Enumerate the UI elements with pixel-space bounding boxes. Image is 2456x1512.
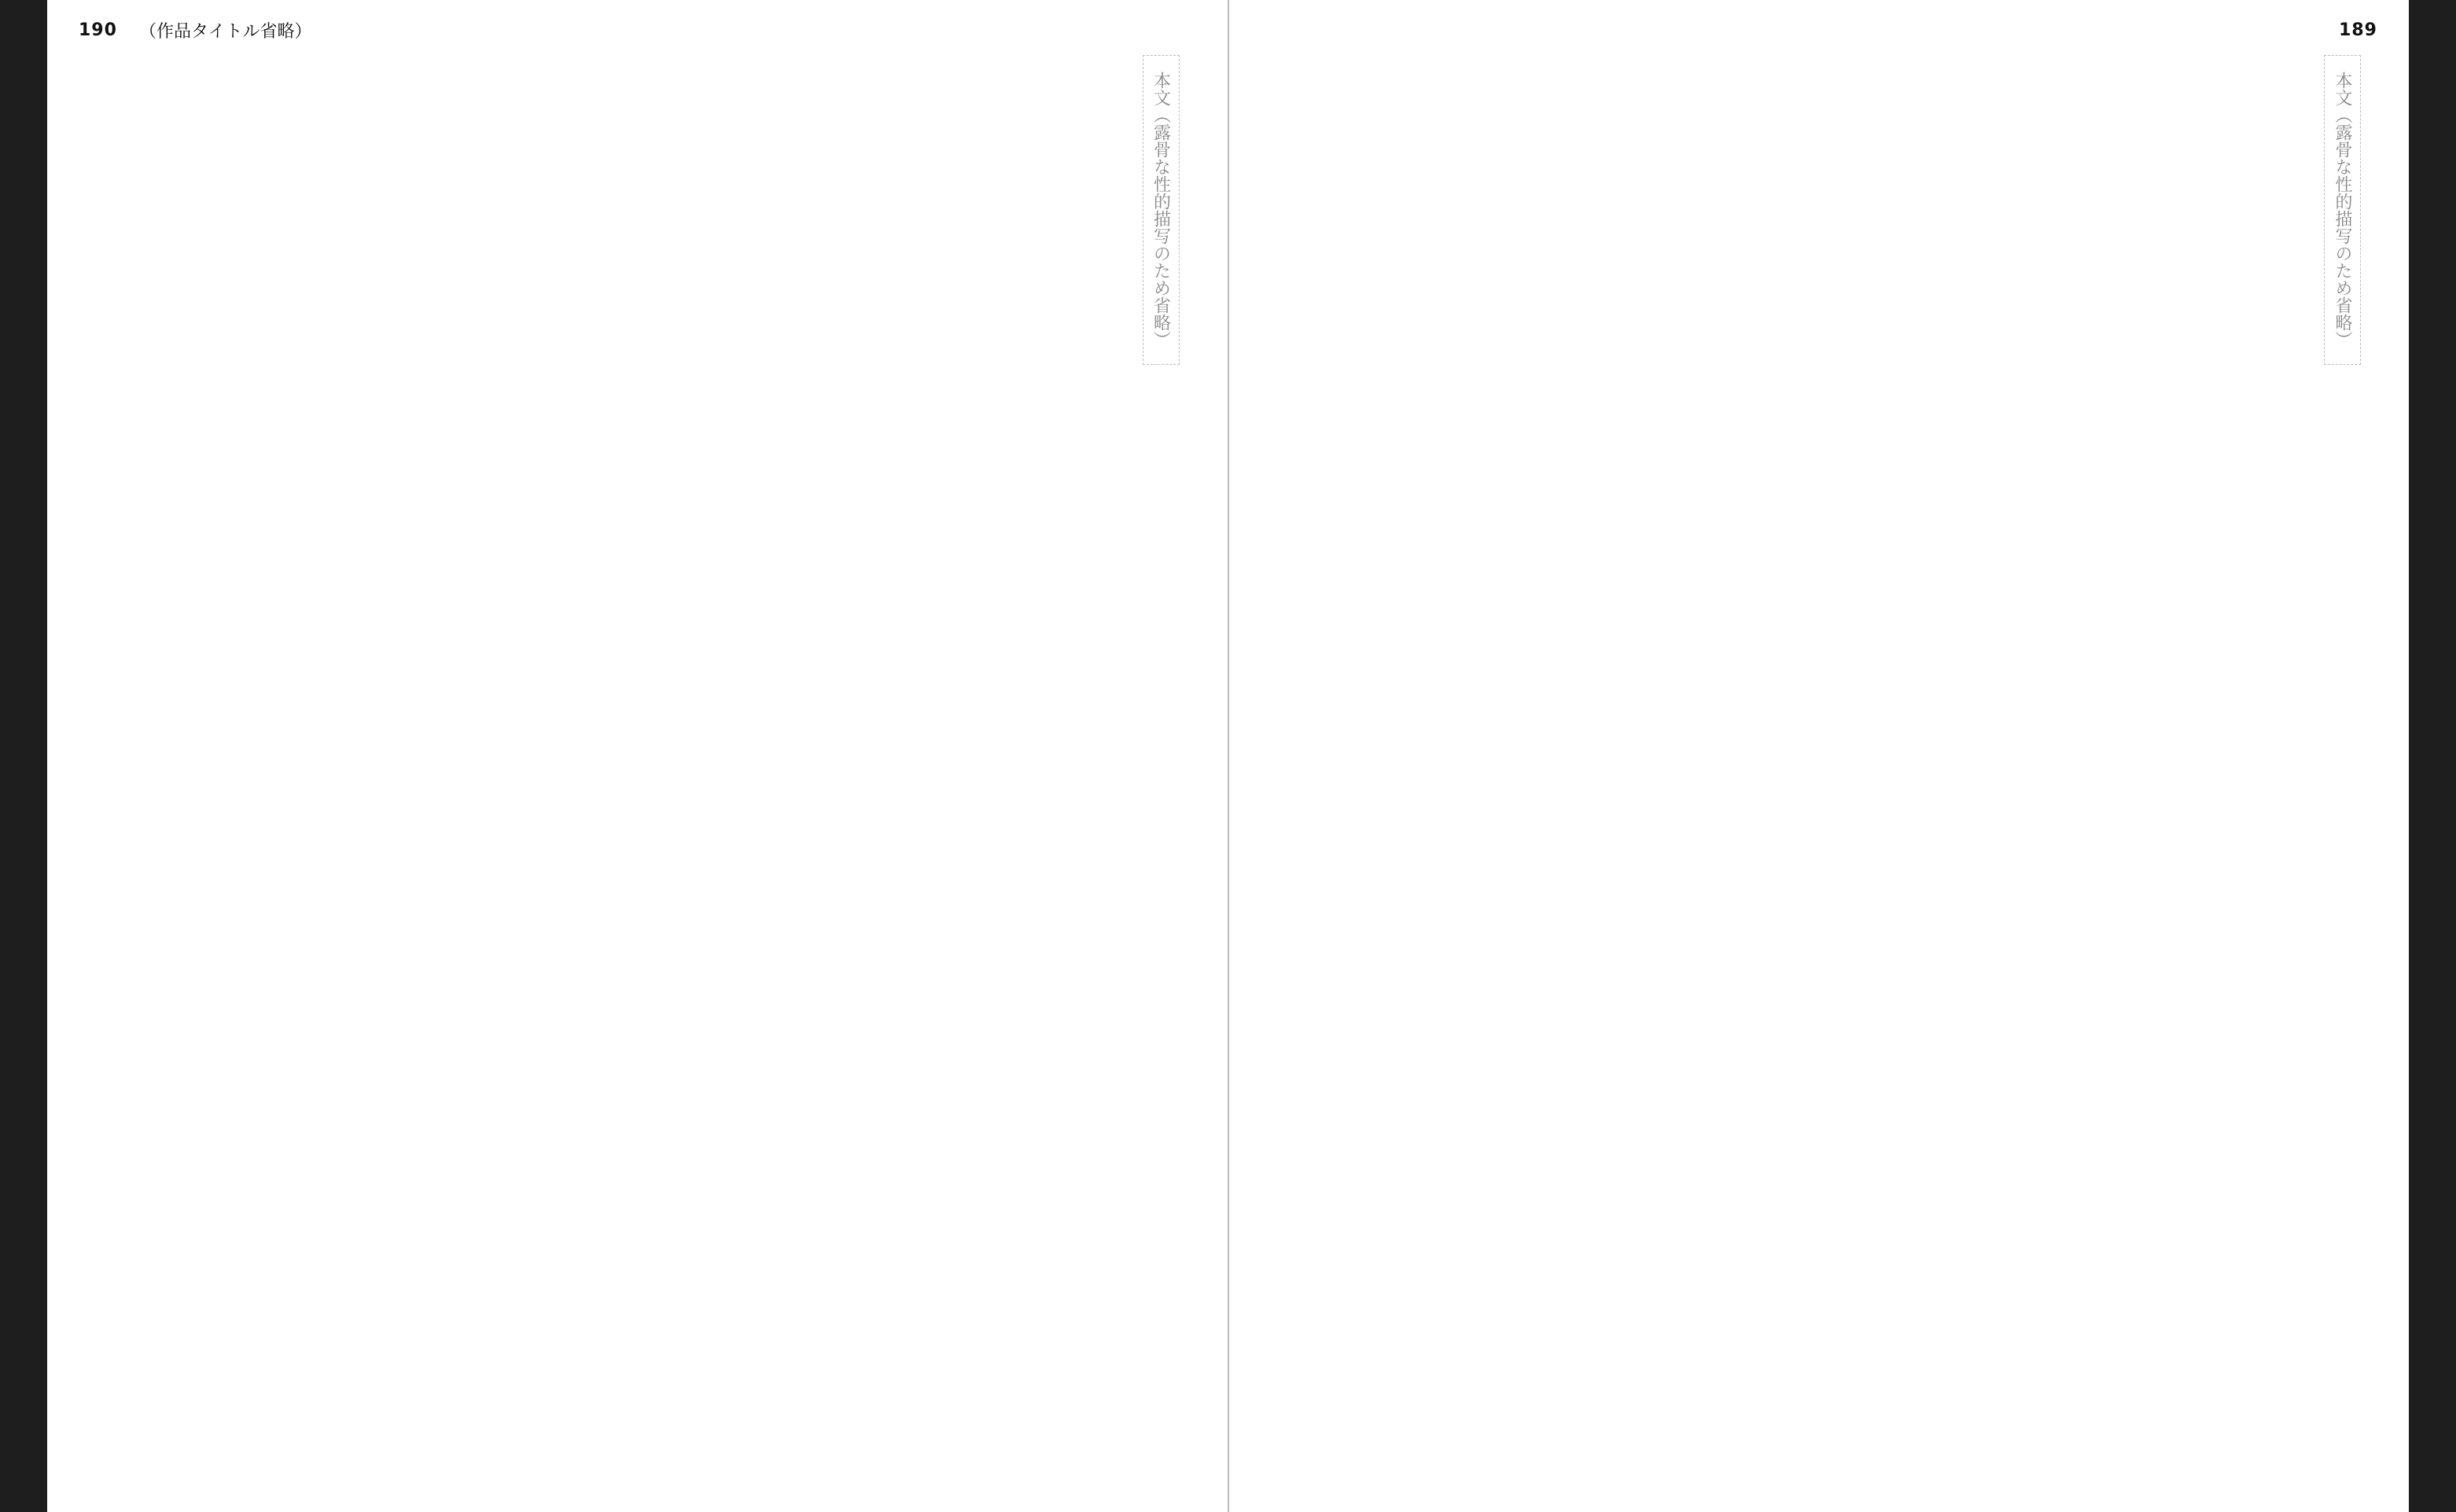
omitted-body-note: 本文（露骨な性的描写のため省略） — [2324, 55, 2361, 365]
two-page-spread: 190 （作品タイトル省略） 本文（露骨な性的描写のため省略） 189 本文（露… — [47, 0, 2409, 1512]
page-left-text: 本文（露骨な性的描写のため省略） — [94, 55, 1180, 1481]
running-title: （作品タイトル省略） — [139, 18, 312, 42]
page-right-header: 189 — [1261, 14, 2378, 46]
page-number-right: 189 — [2339, 20, 2377, 40]
page-right-text: 本文（露骨な性的描写のため省略） — [1276, 55, 2362, 1481]
page-left-header: 190 （作品タイトル省略） — [79, 14, 1196, 46]
page-right: 189 本文（露骨な性的描写のため省略） — [1229, 0, 2410, 1512]
page-number-left: 190 — [79, 20, 117, 40]
left-edge-background — [0, 0, 47, 1512]
right-edge-background — [2409, 0, 2456, 1512]
omitted-body-note: 本文（露骨な性的描写のため省略） — [1143, 55, 1180, 365]
page-left: 190 （作品タイトル省略） 本文（露骨な性的描写のため省略） — [47, 0, 1229, 1512]
